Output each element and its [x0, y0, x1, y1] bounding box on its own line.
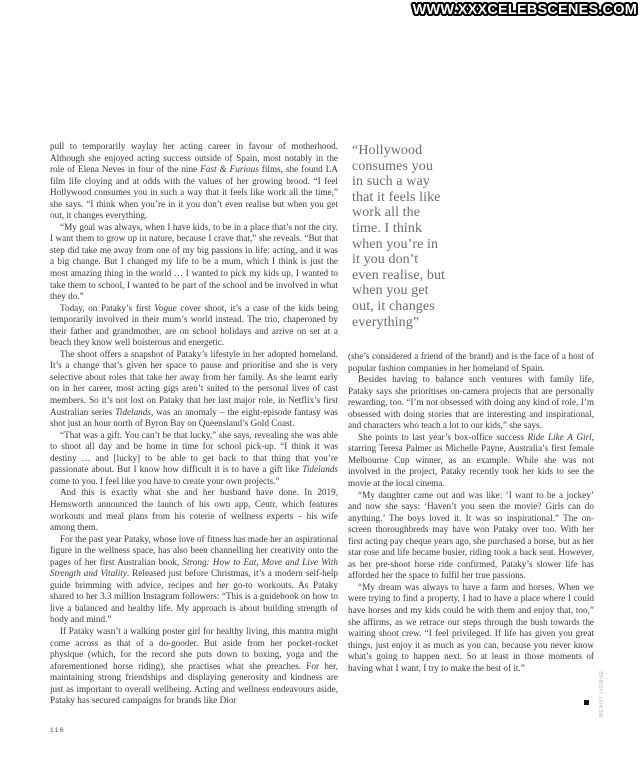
article-end-mark: [584, 700, 589, 705]
paragraph: If Pataky wasn’t a walking poster girl f…: [50, 626, 338, 707]
paragraph: And this is exactly what she and her hus…: [50, 487, 338, 533]
magazine-page: WWW.XXXCELEBSCENES.COM pull to temporari…: [0, 0, 640, 765]
pull-quote-line: time. I think: [352, 221, 492, 237]
paragraph: Besides having to balance such ventures …: [348, 374, 594, 432]
paragraph: (she’s considered a friend of the brand)…: [348, 351, 594, 374]
pull-quote-line: it you don’t: [352, 252, 492, 268]
paragraph: Today, on Pataky’s first Vogue cover sho…: [50, 303, 338, 349]
paragraph: “My daughter came out and was like: ‘I w…: [348, 490, 594, 582]
paragraph: pull to temporarily waylay her acting ca…: [50, 141, 338, 222]
pull-quote-line: consumes you: [352, 159, 492, 175]
pull-quote-line: when you get: [352, 283, 492, 299]
paragraph: “My dream was always to have a farm and …: [348, 582, 594, 674]
watermark-banner: WWW.XXXCELEBSCENES.COM: [413, 2, 637, 18]
paragraph: For the past year Pataky, whose love of …: [50, 534, 338, 626]
pull-quote-line: work all the: [352, 205, 492, 221]
pull-quote-line: when you’re in: [352, 237, 492, 253]
pull-quote-line: even realise, but: [352, 268, 492, 284]
pull-quote: “Hollywoodconsumes youin such a waythat …: [352, 143, 492, 330]
paragraph: “That was a gift. You can’t be that luck…: [50, 430, 338, 488]
paragraph: She points to last year’s box-office suc…: [348, 432, 594, 490]
pull-quote-line: everything”: [352, 315, 492, 331]
pull-quote-line: “Hollywood: [352, 143, 492, 159]
article-right-column: (she’s considered a friend of the brand)…: [348, 351, 594, 674]
photographer-credit: BENNY HORNE: [599, 653, 605, 717]
paragraph: “My goal was always, when I have kids, t…: [50, 222, 338, 303]
page-number: 116: [50, 727, 65, 734]
article-left-column: pull to temporarily waylay her acting ca…: [50, 141, 338, 707]
paragraph: The shoot offers a snapshot of Pataky’s …: [50, 349, 338, 430]
pull-quote-line: in such a way: [352, 174, 492, 190]
pull-quote-line: that it feels like: [352, 190, 492, 206]
pull-quote-line: out, it changes: [352, 299, 492, 315]
